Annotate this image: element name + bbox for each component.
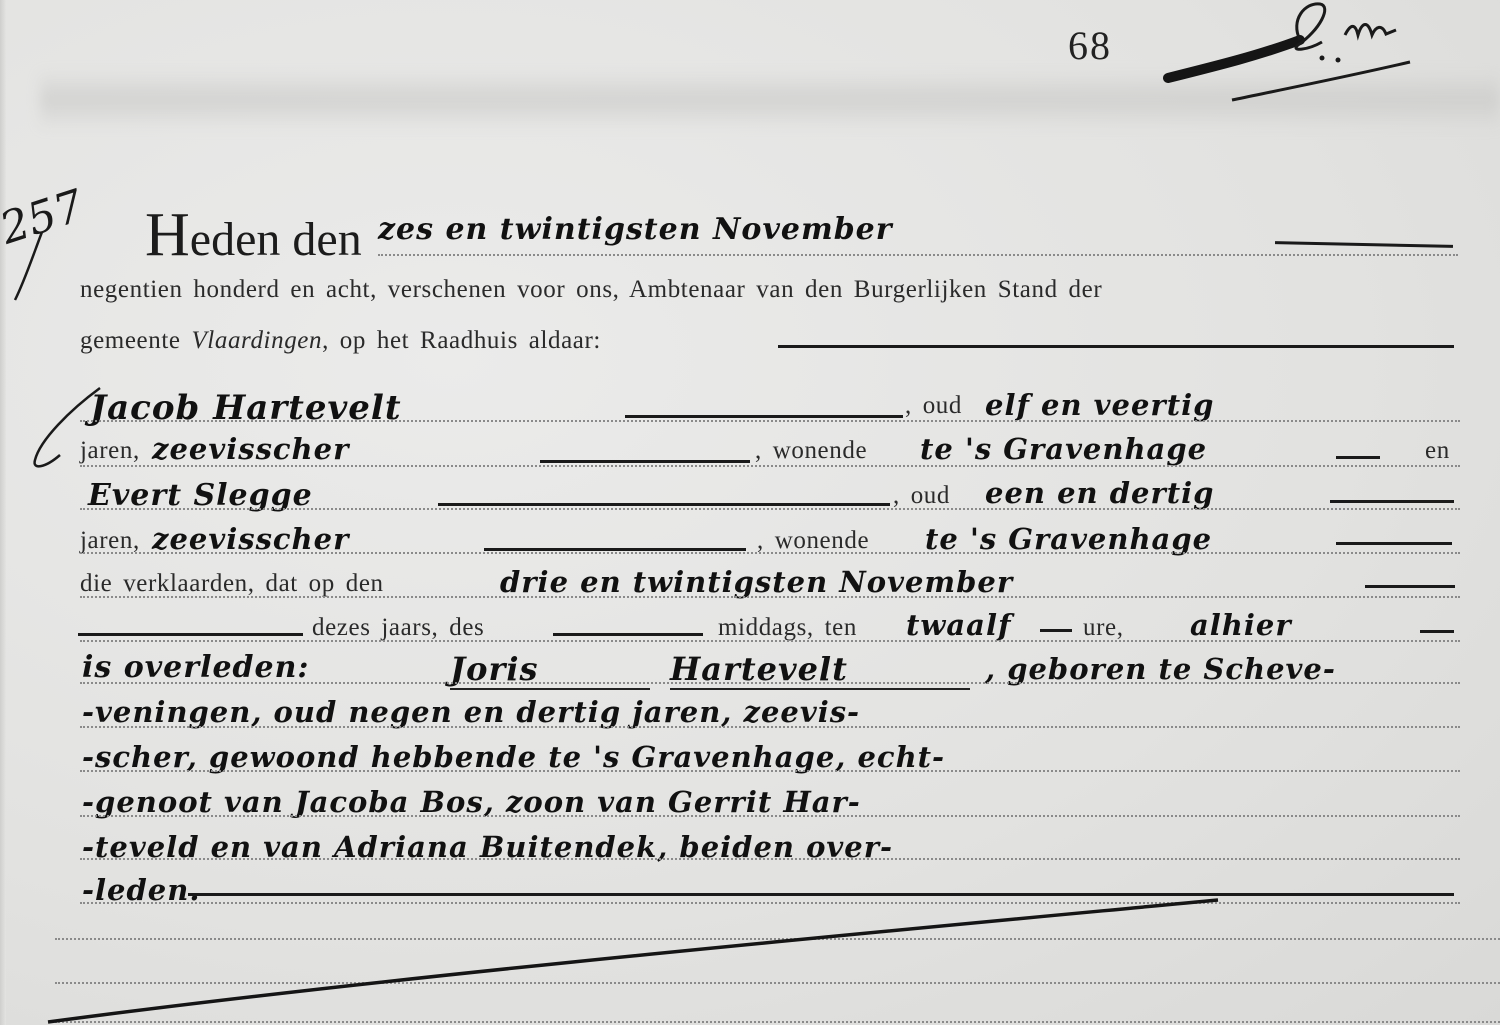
text-overleden: is overleden: bbox=[82, 650, 310, 685]
dotted-line bbox=[55, 1021, 1500, 1023]
cancel-diagonal-line bbox=[48, 900, 1218, 1022]
dotted-line bbox=[80, 815, 1460, 817]
fill-rule bbox=[1275, 241, 1453, 248]
name-underline bbox=[670, 688, 970, 690]
dotted-line bbox=[80, 902, 1460, 904]
birthplace-text: , geboren te Scheve- bbox=[985, 652, 1336, 686]
closing-rule bbox=[188, 893, 1454, 896]
fill-rule bbox=[1330, 500, 1454, 503]
label-oud: , oud bbox=[893, 482, 950, 510]
place-of-death: alhier bbox=[1190, 608, 1292, 642]
body-line-2: -veningen, oud negen en dertig jaren, ze… bbox=[82, 695, 860, 729]
death-date: drie en twintigsten November bbox=[500, 565, 1013, 599]
witness2-occupation: zeevisscher bbox=[152, 522, 349, 556]
document-page: 68 257 Heden den zes en twintigsten Nove… bbox=[0, 0, 1500, 1025]
page-edge-shadow bbox=[0, 0, 6, 1025]
body-line-3: -scher, gewoond hebbende te 's Gravenhag… bbox=[82, 740, 945, 774]
label-wonende: , wonende bbox=[755, 437, 867, 465]
label-ure: ure, bbox=[1083, 614, 1124, 642]
witness1-occupation: zeevisscher bbox=[152, 432, 349, 466]
dotted-line bbox=[80, 552, 1460, 554]
witness1-age: elf en veertig bbox=[985, 388, 1214, 422]
municipality-name: Vlaardingen bbox=[191, 327, 322, 354]
witness1-name: Jacob Hartevelt bbox=[90, 388, 402, 428]
label-dezes-jaars: dezes jaars, des bbox=[312, 614, 484, 642]
fill-rule bbox=[1365, 585, 1455, 588]
witness2-age: een en dertig bbox=[985, 476, 1214, 510]
dotted-line bbox=[80, 596, 1460, 598]
witness1-residence: te 's Gravenhage bbox=[920, 432, 1207, 466]
initials-signature bbox=[1150, 0, 1470, 110]
label-middags: middags, ten bbox=[718, 614, 857, 642]
fill-rule bbox=[540, 460, 750, 463]
body-line-4: -genoot van Jacoba Bos, zoon van Gerrit … bbox=[82, 785, 861, 819]
fill-rule bbox=[625, 415, 903, 418]
printed-line-2: gemeente Vlaardingen, op het Raadhuis al… bbox=[80, 327, 601, 355]
printed-line-1: negentien honderd en acht, verschenen vo… bbox=[80, 276, 1102, 304]
dotted-line bbox=[80, 508, 1460, 510]
label-en: en bbox=[1425, 437, 1450, 465]
witness2-residence: te 's Gravenhage bbox=[925, 522, 1212, 556]
record-number: 257 bbox=[0, 180, 90, 254]
dotted-line bbox=[80, 682, 1460, 684]
gemeente-label: gemeente bbox=[80, 327, 181, 354]
dotted-line bbox=[80, 465, 1460, 467]
handwritten-date: zes en twintigsten November bbox=[378, 212, 893, 247]
label-wonende: , wonende bbox=[757, 527, 869, 555]
heading-capital: H bbox=[145, 201, 190, 269]
label-jaren: jaren, bbox=[80, 527, 140, 555]
fill-rule bbox=[553, 633, 703, 636]
label-verklaarden: die verklaarden, dat op den bbox=[80, 570, 384, 598]
fill-rule bbox=[484, 548, 746, 551]
heading-text: eden den bbox=[190, 213, 362, 266]
fill-rule bbox=[778, 345, 1454, 348]
page-number: 68 bbox=[1068, 22, 1112, 69]
raadhuis-text: , op het Raadhuis aldaar: bbox=[322, 327, 601, 354]
dotted-line bbox=[80, 726, 1460, 728]
fill-rule bbox=[1336, 456, 1380, 459]
fill-rule bbox=[78, 633, 303, 636]
fill-rule bbox=[1040, 629, 1072, 632]
death-hour: twaalf bbox=[906, 608, 1011, 642]
fill-rule bbox=[438, 503, 890, 506]
dotted-line bbox=[55, 938, 1500, 940]
label-jaren: jaren, bbox=[80, 437, 140, 465]
fill-rule bbox=[1420, 630, 1454, 633]
dotted-line bbox=[80, 640, 1460, 642]
label-oud: , oud bbox=[905, 392, 962, 420]
dotted-line bbox=[80, 858, 1460, 860]
dotted-line bbox=[378, 254, 1458, 256]
fill-rule bbox=[1336, 542, 1452, 545]
dotted-line bbox=[55, 982, 1500, 984]
name-underline bbox=[450, 688, 650, 690]
heading: Heden den bbox=[145, 200, 362, 271]
dotted-line bbox=[80, 770, 1460, 772]
dotted-line bbox=[80, 420, 1460, 422]
